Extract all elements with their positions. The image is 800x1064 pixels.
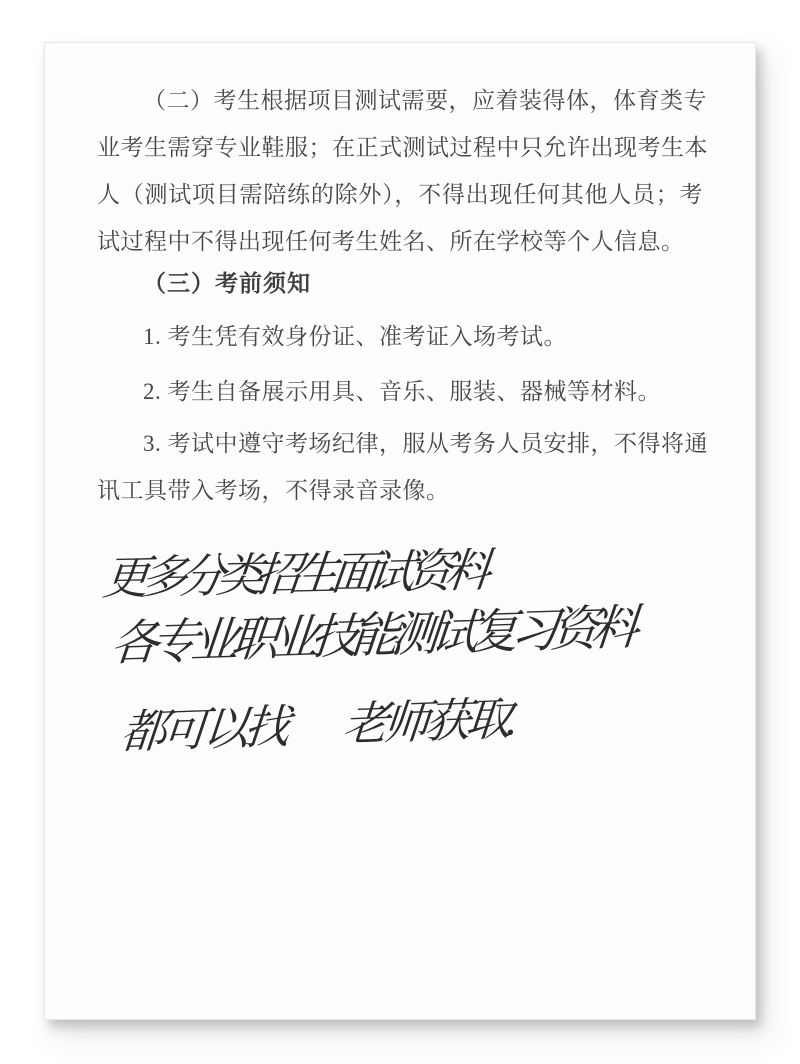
text-line: 1. 考生凭有效身份证、准考证入场考试。	[97, 313, 703, 360]
document-page: （二）考生根据项目测试需要，应着装得体，体育类专 业考生需穿专业鞋服；在正式测试…	[44, 42, 756, 1020]
handwritten-note: 更多分类招生面试资料 各专业职业技能测试复习资料 都可以找老师获取.	[97, 547, 703, 765]
handwritten-line-3: 都可以找老师获取.	[118, 681, 705, 766]
text-line: 讯工具带入考场，不得录音录像。	[97, 467, 703, 514]
paragraph-section-two: （二）考生根据项目测试需要，应着装得体，体育类专 业考生需穿专业鞋服；在正式测试…	[97, 77, 703, 265]
scan-background: （二）考生根据项目测试需要，应着装得体，体育类专 业考生需穿专业鞋服；在正式测试…	[0, 0, 800, 1064]
text-line: 2. 考生自备展示用具、音乐、服装、器械等材料。	[97, 368, 703, 415]
section-three-heading: （三）考前须知	[97, 260, 703, 307]
page-content: （二）考生根据项目测试需要，应着装得体，体育类专 业考生需穿专业鞋服；在正式测试…	[45, 43, 755, 765]
text-line: （二）考生根据项目测试需要，应着装得体，体育类专	[97, 77, 703, 124]
text-line: 业考生需穿专业鞋服；在正式测试过程中只允许出现考生本	[97, 124, 703, 171]
text-line: 试过程中不得出现任何考生姓名、所在学校等个人信息。	[97, 218, 703, 265]
text-line: 人（测试项目需陪练的除外），不得出现任何其他人员；考	[97, 171, 703, 218]
notice-item-3: 3. 考试中遵守考场纪律，服从考务人员安排，不得将通 讯工具带入考场，不得录音录…	[97, 420, 703, 514]
notice-item-1: 1. 考生凭有效身份证、准考证入场考试。	[97, 313, 703, 360]
handwritten-line-3-left: 都可以找	[119, 701, 287, 758]
notice-item-2: 2. 考生自备展示用具、音乐、服装、器械等材料。	[97, 368, 703, 415]
handwritten-line-3-right: 老师获取.	[340, 687, 516, 757]
text-line: 3. 考试中遵守考场纪律，服从考务人员安排，不得将通	[97, 420, 703, 467]
